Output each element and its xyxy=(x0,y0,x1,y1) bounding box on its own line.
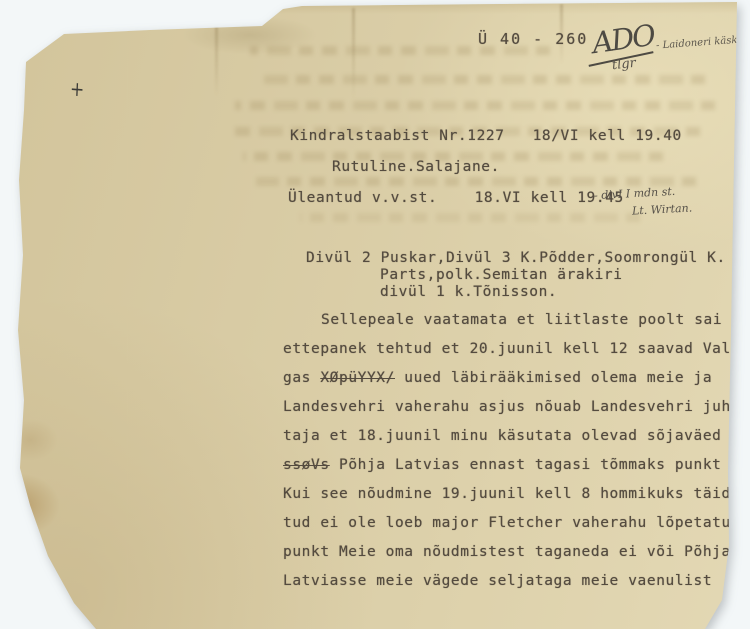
bleedthrough-line xyxy=(255,75,705,84)
body-text-line: Sellepeale vaatamata et liitlaste poolt … xyxy=(283,312,750,341)
handwritten-delivery-signature: Lt. Wirtan. xyxy=(632,201,693,217)
body-text: punkt Meie oma nõudmistest taganeda ei v… xyxy=(283,544,731,560)
body-text: tud ei ole loeb major Fletcher vaherahu … xyxy=(283,515,750,531)
body-text: Sellepeale vaatamata et liitlaste poolt … xyxy=(321,312,722,328)
body-text: uued läbirääkimised olema meie ja xyxy=(395,370,712,386)
recipients-line-2: Parts,polk.Semitan ärakiri xyxy=(380,267,623,283)
body-text: Põhja Latvias ennast tagasi tõmmaks punk… xyxy=(330,457,722,473)
body-text-line: Latviasse meie vägede seljataga meie vae… xyxy=(283,573,750,602)
recipients-line-3: divül 1 k.Tõnisson. xyxy=(380,284,557,300)
handwritten-side-note: - Laidoneri käskkiri. xyxy=(656,33,750,51)
header-line-priority: Rutuline.Salajane. xyxy=(332,159,500,175)
body-text: Landesvehri vaherahu asjus nõuab Landesv… xyxy=(283,399,750,415)
body-text-line: ssøVs Põhja Latvias ennast tagasi tõmmak… xyxy=(283,457,750,486)
paper-crease xyxy=(215,26,218,96)
struck-out-text: XØpüYYX/ xyxy=(320,370,395,386)
body-text-line: Landesvehri vaherahu asjus nõuab Landesv… xyxy=(283,399,750,428)
handwritten-initials-sub: tlgr xyxy=(611,56,636,73)
body-text: taja et 18.juunil minu käsutata olevad s… xyxy=(283,428,722,444)
body-text: Latviasse meie vägede seljataga meie vae… xyxy=(283,573,712,589)
bleedthrough-line xyxy=(300,213,640,222)
body-text-line: gas XØpüYYX/ uued läbirääkimised olema m… xyxy=(283,370,750,399)
recipients-line-1: Divül 2 Puskar,Divül 3 K.Põdder,Soomrong… xyxy=(306,250,726,266)
body-text-line: punkt Meie oma nõudmistest taganeda ei v… xyxy=(283,544,750,573)
header-line-origin: Kindralstaabist Nr.1227 18/VI kell 19.40 xyxy=(290,128,682,144)
body-text: Kui see nõudmine 19.juunil kell 8 hommik… xyxy=(283,486,750,502)
header-line-delivered: Üleantud v.v.st. 18.VI kell 19.45 xyxy=(288,190,624,206)
body-text-line: tud ei ole loeb major Fletcher vaherahu … xyxy=(283,515,750,544)
body-text: gas xyxy=(283,370,320,386)
body-text-line: Kui see nõudmine 19.juunil kell 8 hommik… xyxy=(283,486,750,515)
reference-number: Ü 40 - 260 xyxy=(478,30,588,48)
handwritten-delivery-note: - divI I mdn st. xyxy=(594,185,676,202)
cross-mark: + xyxy=(69,78,84,103)
paper-crease xyxy=(352,8,355,98)
body-lines: Sellepeale vaatamata et liitlaste poolt … xyxy=(283,312,750,602)
bleedthrough-line xyxy=(235,101,715,110)
struck-out-text: ssøVs xyxy=(283,457,330,473)
bleedthrough-line xyxy=(256,177,696,186)
body-text-line: ettepanek tehtud et 20.juunil kell 12 sa… xyxy=(283,341,750,370)
scanned-document-photo: { "document": { "type": "scanned typewri… xyxy=(0,0,750,629)
body-text-line: taja et 18.juunil minu käsutata olevad s… xyxy=(283,428,750,457)
body-text: ettepanek tehtud et 20.juunil kell 12 sa… xyxy=(283,341,740,357)
paper-sheet-wrapper: + Ü 40 - 260 ADO tlgr - Laidoneri käskki… xyxy=(0,0,750,629)
paper-sheet: + Ü 40 - 260 ADO tlgr - Laidoneri käskki… xyxy=(0,0,750,629)
